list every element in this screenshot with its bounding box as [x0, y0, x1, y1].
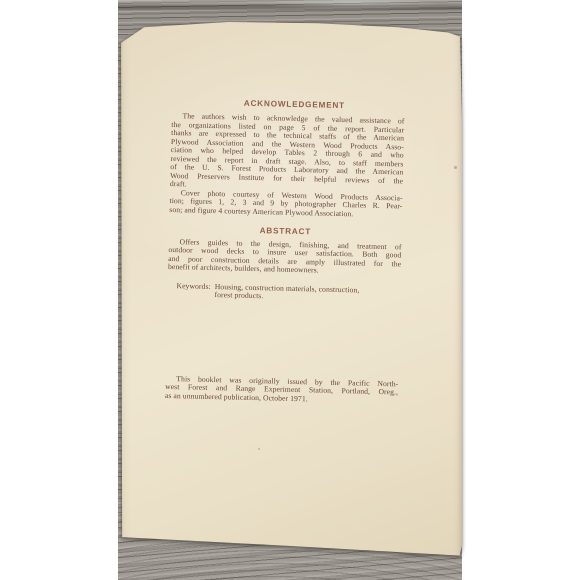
acknowledgement-paragraph: The authors wish to acknowledge the valu… [170, 112, 405, 194]
stain-speck [454, 166, 457, 169]
photo-frame: ACKNOWLEDGEMENT The authors wish to ackn… [118, 0, 462, 580]
keywords-block: Keywords: Housing, construction material… [167, 282, 400, 305]
page-content: ACKNOWLEDGEMENT The authors wish to ackn… [165, 97, 405, 406]
issue-note-paragraph: This booklet was originally issued by th… [165, 375, 399, 406]
stain-speck [258, 448, 260, 450]
abstract-paragraph: Offers guides to the design, finishing, … [168, 238, 402, 278]
cover-credits-paragraph: Cover photo courtesy of Western Wood Pro… [169, 189, 403, 220]
acknowledgement-heading: ACKNOWLEDGEMENT [178, 97, 411, 111]
booklet-page-shadow: ACKNOWLEDGEMENT The authors wish to ackn… [118, 0, 462, 580]
keywords-text: Housing, construction materials, constru… [214, 283, 400, 304]
keywords-label: Keywords: [176, 282, 211, 300]
booklet-page: ACKNOWLEDGEMENT The authors wish to ackn… [118, 0, 462, 580]
abstract-heading: ABSTRACT [169, 224, 402, 238]
